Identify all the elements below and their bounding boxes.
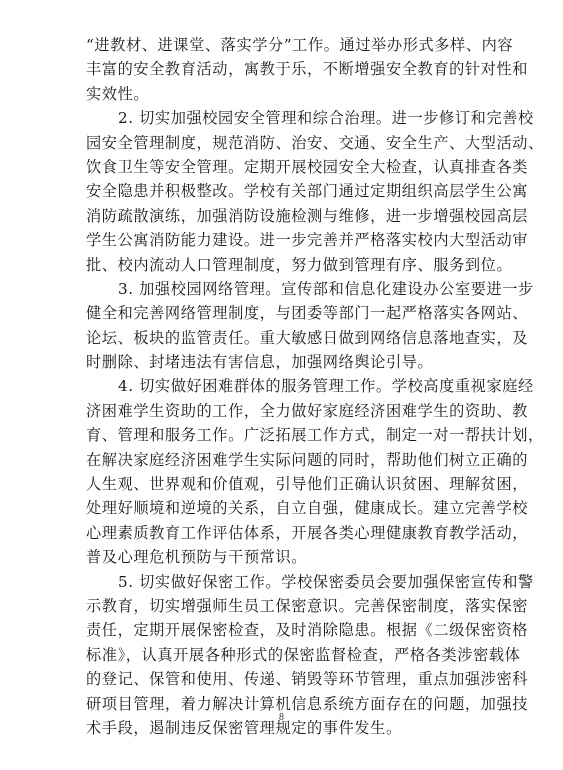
text-line: 实效性。 — [86, 82, 478, 106]
text-line: 处理好顺境和逆境的关系，自立自强，健康成长。建立完善学校 — [86, 496, 478, 520]
paragraph-item-2: 2. 切实加强校园安全管理和综合治理。进一步修订和完善校 园安全管理制度，规范消… — [86, 106, 478, 277]
paragraph-continuation: “进教材、进课堂、落实学分”工作。通过举办形式多样、内容 丰富的安全教育活动，寓… — [86, 33, 478, 106]
text-line: 的登记、保管和使用、传递、销毁等环节管理，重点加强涉密科 — [86, 667, 478, 691]
text-line: “进教材、进课堂、落实学分”工作。通过举办形式多样、内容 — [86, 33, 478, 57]
text-line: 批、校内流动人口管理制度，努力做到管理有序、服务到位。 — [86, 253, 478, 277]
paragraph-heading-line: 3. 加强校园网络管理。宣传部和信息化建设办公室要进一步 — [86, 277, 478, 301]
paragraph-heading-line: 5. 切实做好保密工作。学校保密委员会要加强保密宣传和警 — [86, 570, 478, 594]
text-line: 示教育，切实增强师生员工保密意识。完善保密制度，落实保密 — [86, 594, 478, 618]
page-number: 8 — [0, 712, 563, 723]
text-line: 园安全管理制度，规范消防、治安、交通、安全生产、大型活动、 — [86, 131, 478, 155]
body-text: “进教材、进课堂、落实学分”工作。通过举办形式多样、内容 丰富的安全教育活动，寓… — [86, 33, 478, 740]
document-page: “进教材、进课堂、落实学分”工作。通过举办形式多样、内容 丰富的安全教育活动，寓… — [0, 0, 563, 770]
text-line: 普及心理危机预防与干预常识。 — [86, 545, 478, 569]
text-line: 消防疏散演练，加强消防设施检测与维修，进一步增强校园高层 — [86, 204, 478, 228]
paragraph-item-3: 3. 加强校园网络管理。宣传部和信息化建设办公室要进一步 健全和完善网络管理制度… — [86, 277, 478, 375]
text-line: 学生公寓消防能力建设。进一步完善并严格落实校内大型活动审 — [86, 228, 478, 252]
paragraph-heading-line: 2. 切实加强校园安全管理和综合治理。进一步修订和完善校 — [86, 106, 478, 130]
text-line: 标准》，认真开展各种形式的保密监督检查，严格各类涉密载体 — [86, 643, 478, 667]
text-line: 责任，定期开展保密检查，及时消除隐患。根据《二级保密资格 — [86, 618, 478, 642]
text-line: 人生观、世界观和价值观，引导他们正确认识贫困、理解贫困， — [86, 472, 478, 496]
text-line: 时删除、封堵违法有害信息，加强网络舆论引导。 — [86, 350, 478, 374]
text-line: 饮食卫生等安全管理。定期开展校园安全大检查，认真排查各类 — [86, 155, 478, 179]
text-line: 心理素质教育工作评估体系，开展各类心理健康教育教学活动， — [86, 521, 478, 545]
text-line: 健全和完善网络管理制度，与团委等部门一起严格落实各网站、 — [86, 301, 478, 325]
text-line: 论坛、板块的监管责任。重大敏感日做到网络信息落地查实，及 — [86, 326, 478, 350]
text-line: 丰富的安全教育活动，寓教于乐，不断增强安全教育的针对性和 — [86, 57, 478, 81]
text-line: 育、管理和服务工作。广泛拓展工作方式，制定一对一帮扶计划， — [86, 423, 478, 447]
text-line: 在解决家庭经济困难学生实际问题的同时，帮助他们树立正确的 — [86, 448, 478, 472]
text-line: 安全隐患并积极整改。学校有关部门通过定期组织高层学生公寓 — [86, 179, 478, 203]
paragraph-item-4: 4. 切实做好困难群体的服务管理工作。学校高度重视家庭经 济困难学生资助的工作，… — [86, 374, 478, 569]
text-line: 济困难学生资助的工作，全力做好家庭经济困难学生的资助、教 — [86, 399, 478, 423]
paragraph-heading-line: 4. 切实做好困难群体的服务管理工作。学校高度重视家庭经 — [86, 374, 478, 398]
